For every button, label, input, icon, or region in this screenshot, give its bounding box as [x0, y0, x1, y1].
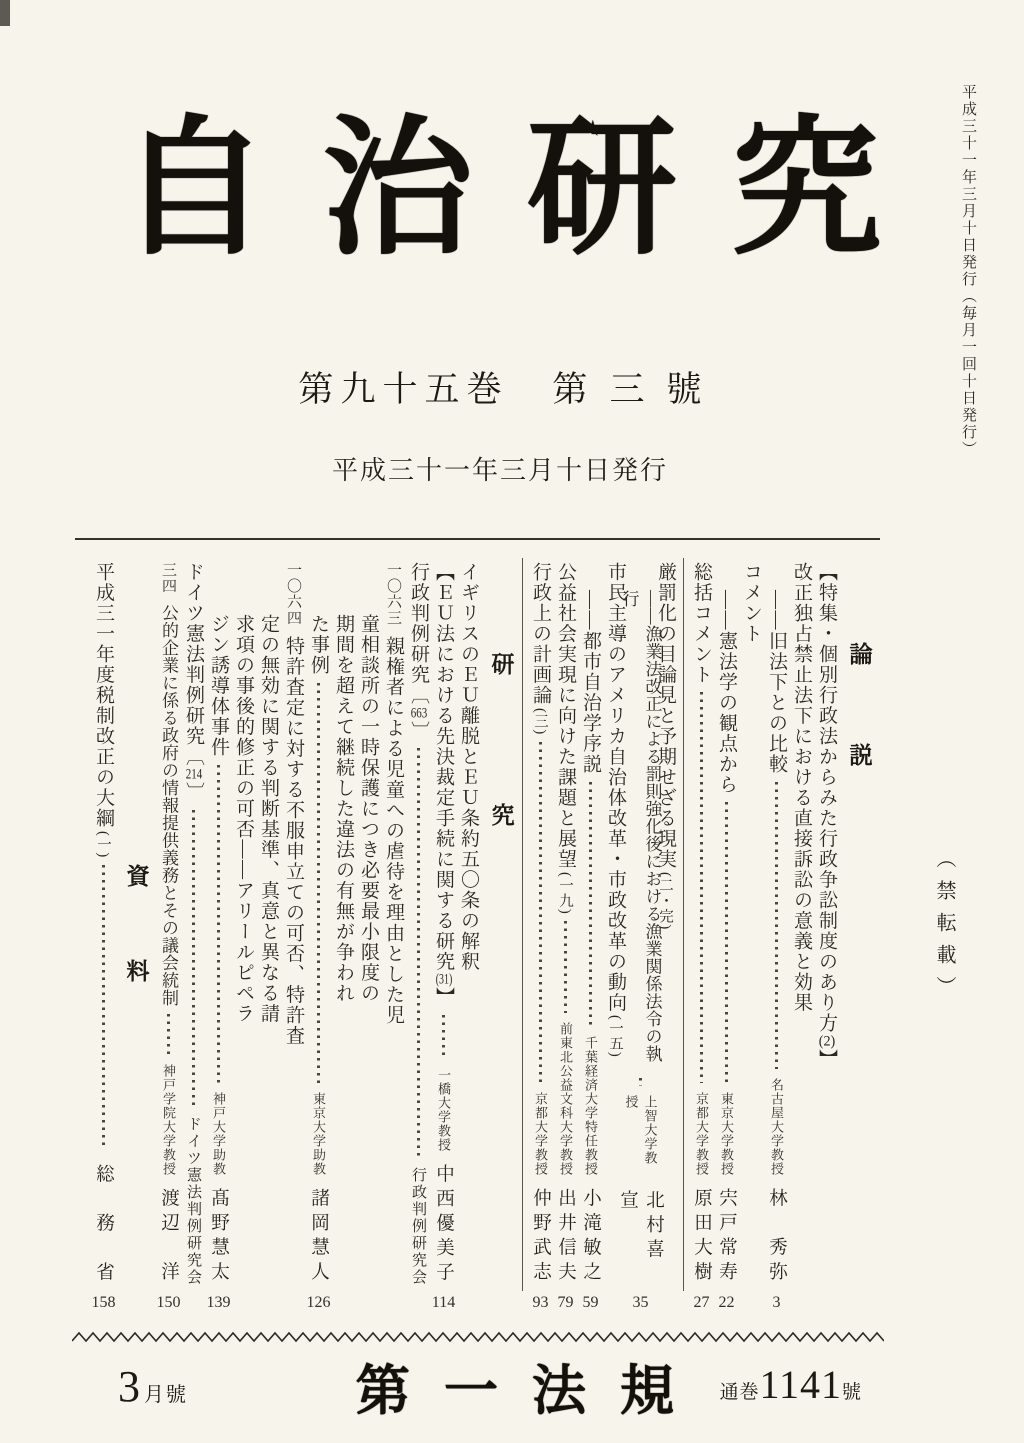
- entry-title-text: 【特集・個別行政法からみた行政争訟制度のあり方: [815, 562, 838, 1034]
- author-name: 小滝敏之: [578, 1188, 604, 1286]
- toc-col-general-comment-harada: 総括コメント京都大学教授原田大樹27: [690, 552, 713, 1316]
- volume-label: 第九十五巻: [298, 362, 508, 412]
- author-affiliation: 京都大学教授: [692, 1092, 711, 1176]
- toc-col-comment-shishido: ——憲法学の観点から東京大学教授宍戸常寿22: [715, 552, 738, 1316]
- research-group-name: ドイツ憲法判例研究会: [183, 1116, 204, 1286]
- research-group-name: 行政判例研究会: [408, 1167, 429, 1286]
- page-number: 150: [157, 1294, 181, 1316]
- author-affiliation: 神戸学院大学教授: [159, 1064, 178, 1176]
- toc-col-zeisei-taiko-somusho: 平成三一年度税制改正の大綱(一)総 務 省158: [92, 552, 115, 1316]
- toc-col-case-1063-line3: 期間を超えて継続した違法の有無が争われ: [332, 552, 355, 1316]
- entry-title-text: 公的企業に係る政府の情報提供義務とその議会統制: [157, 604, 180, 1007]
- page-number: 27: [694, 1294, 710, 1316]
- entry-title-text: 親権者による児童への虐待を理由とした児: [382, 636, 405, 1026]
- inline-number: (31): [435, 972, 452, 987]
- toc-top-rule: [75, 538, 880, 540]
- entry-title-text: 童相談所の一時保護につき必要最小限度の: [357, 614, 380, 1004]
- entry-title-note: (一九): [555, 872, 576, 915]
- masthead: 自治研究: [0, 112, 1000, 270]
- toc-col-comment-label: コメント: [740, 552, 763, 1316]
- dotted-leader: [700, 692, 703, 1083]
- dotted-leader: [417, 748, 420, 1156]
- issue-label: 第三號: [553, 362, 724, 412]
- section-heading-label: 資料: [120, 864, 153, 1054]
- page-number: 79: [558, 1294, 574, 1316]
- magazine-title: 自治研究: [119, 112, 935, 270]
- entry-title-text: 特許査定に対する不服申立ての可否、特許査: [282, 636, 305, 1046]
- page-number: 158: [92, 1294, 116, 1316]
- entry-title-text: 市民主導のアメリカ自治体改革・市政改革の動向: [604, 562, 627, 1013]
- entry-title-text: 〕: [407, 721, 430, 742]
- edge-colophon-text: 平成三十一年三月十日発行（毎月一回十日発行）: [958, 84, 979, 504]
- volume-issue-line: 第九十五巻 第三號: [0, 362, 1000, 412]
- entry-title-text: 求項の事後的修正の可否——アリールピペラ: [232, 614, 255, 1024]
- page-number: 59: [583, 1294, 599, 1316]
- publisher-logo: 第一法規: [20, 1348, 1024, 1425]
- toc-col-case-1064-line2: 定の無効に関する判断基準、真意と異なる請: [257, 552, 280, 1316]
- toc-col-genbatsuka-subtitle-kitamura: ——漁業法改正による罰則強化後における漁業関係法令の執行上智大学教授北村喜宣35: [629, 552, 652, 1316]
- entry-title-text: 総括コメント: [690, 562, 713, 685]
- magazine-cover-page: 自治研究 第九十五巻 第三號 平成三十一年三月十日発行 平成三十一年三月十日発行…: [0, 0, 1024, 1443]
- scan-corner-artifact: [0, 0, 10, 26]
- author-name: 北村喜宣: [615, 1190, 667, 1286]
- case-number: 一〇六三: [383, 562, 404, 626]
- author-name: 出井信夫: [553, 1188, 579, 1286]
- inline-number: (2): [818, 1034, 835, 1049]
- inline-number: 214: [185, 767, 202, 782]
- toc-col-case-1064-line1: 一〇六四特許査定に対する不服申立ての可否、特許査: [282, 552, 305, 1316]
- author-affiliation: 前東北公益文科大学教授: [556, 1022, 575, 1176]
- toc-col-feature-article-title: 改正独占禁止法下における直接訴訟の意義と効果: [790, 552, 813, 1316]
- serial-number: 1141: [759, 1362, 842, 1407]
- entry-title-text: ——憲法学の観点から: [715, 590, 738, 795]
- entry-title-text: 行政上の計画論: [529, 562, 552, 706]
- ronsetsu-kenkyu-divider: [522, 558, 523, 1291]
- entry-title-text: イギリスのＥＵ離脱とＥＵ条約五〇条の解釈: [457, 562, 480, 972]
- publication-date: 平成三十一年三月十日発行: [0, 450, 1000, 487]
- entry-title-text: 】: [432, 987, 455, 1008]
- no-reproduction-notice: （禁転載）: [930, 848, 959, 1048]
- author-affiliation: 上智大学教授: [622, 1095, 660, 1178]
- entry-title-text: 期間を超えて継続した違法の有無が争われ: [332, 614, 355, 1004]
- case-number: 三四: [158, 562, 179, 594]
- author-name: 渡辺 洋: [156, 1188, 182, 1286]
- feature-block-divider: [683, 558, 684, 1291]
- toc-col-case-1063-line4-morooka: た事例東京大学助教諸岡慧人126: [307, 552, 330, 1316]
- entry-title-text: 〕: [182, 782, 205, 803]
- dotted-leader: [539, 742, 542, 1083]
- author-affiliation: 一橋大学教授: [434, 1068, 453, 1152]
- author-name: 林 秀弥: [764, 1188, 790, 1286]
- toc-col-case-34-watanabe: 三四公的企業に係る政府の情報提供義務とその議会統制神戸学院大学教授渡辺 洋150: [157, 552, 180, 1316]
- toc-col-gyosei-hanrei-663: 行政判例研究〔663〕行政判例研究会: [407, 552, 430, 1316]
- entry-title-text: 行政判例研究〔: [407, 562, 430, 706]
- page-number: 22: [719, 1294, 735, 1316]
- entry-title-text: 改正独占禁止法下における直接訴訟の意義と効果: [790, 562, 813, 1013]
- page-number: 35: [633, 1294, 649, 1316]
- section-heading-label: 研究: [485, 652, 518, 954]
- dotted-leader: [102, 865, 105, 1145]
- author-name: 中西優美子: [431, 1164, 457, 1287]
- author-name: 総 務 省: [91, 1164, 117, 1287]
- toc-col-shimin-shudo-subtitle-kotaki: ——都市自治学序説千葉経済大学特任教授小滝敏之59: [579, 552, 602, 1316]
- toc-col-case-1064-line3: 求項の事後的修正の可否——アリールピペラ: [232, 552, 255, 1316]
- inline-number: 663: [410, 706, 427, 721]
- dotted-leader: [167, 1014, 170, 1056]
- entry-title-text: 】: [815, 1049, 838, 1070]
- entry-title-note: (三): [530, 708, 551, 735]
- entry-title-text: 平成三一年度税制改正の大綱: [92, 562, 115, 829]
- toc-col-case-1063-line1: 一〇六三親権者による児童への虐待を理由とした児: [382, 552, 405, 1316]
- toc-col-feature-heading: 【特集・個別行政法からみた行政争訟制度のあり方(2)】: [815, 552, 838, 1316]
- publisher-strip: 3 月號 第一法規 通巻1141號: [0, 1346, 1024, 1430]
- serial-prefix: 通巻: [719, 1382, 759, 1403]
- serial-suffix: 號: [842, 1382, 862, 1403]
- entry-title-text: ——都市自治学序説: [579, 590, 602, 775]
- page-number: 114: [432, 1294, 455, 1316]
- author-name: 諸岡慧人: [306, 1188, 332, 1286]
- zigzag-divider: [72, 1330, 884, 1344]
- entry-title-note: (一五): [605, 1015, 626, 1058]
- dotted-leader: [442, 1015, 445, 1059]
- author-affiliation: 東京大学助教: [309, 1092, 328, 1176]
- toc-col-gyoseijo-keikakuron-nakano: 行政上の計画論(三)京都大学教授仲野武志93: [529, 552, 552, 1316]
- entry-title-text: ——旧法下との比較: [765, 590, 788, 775]
- toc-col-section-ronsetsu: 論説: [844, 552, 874, 1316]
- entry-title-text: ジン誘導体事件: [207, 614, 230, 758]
- entry-title-text: 公益社会実現に向けた課題と展望: [554, 562, 577, 870]
- entry-title-text: た事例: [307, 614, 330, 676]
- dotted-leader: [725, 802, 728, 1083]
- entry-title-text: 【ＥＵ法における先決裁定手続に関する研究: [432, 562, 455, 972]
- serial-number-label: 通巻1141號: [719, 1361, 862, 1408]
- entry-title-note: (一): [93, 831, 114, 858]
- author-affiliation: 東京大学教授: [717, 1092, 736, 1176]
- author-affiliation: 千葉経済大学特任教授: [581, 1036, 600, 1176]
- table-of-contents: 論説【特集・個別行政法からみた行政争訟制度のあり方(2)】改正独占禁止法下におけ…: [64, 552, 880, 1316]
- dotted-leader: [589, 782, 592, 1028]
- author-name: 原田大樹: [689, 1188, 715, 1286]
- toc-col-section-kenkyu: 研究: [486, 552, 516, 1316]
- dotted-leader: [217, 765, 220, 1084]
- author-name: 宍戸常寿: [714, 1188, 740, 1286]
- entry-title-text: コメント: [740, 562, 763, 644]
- page-number: 126: [307, 1294, 331, 1316]
- toc-col-case-1063-line2: 童相談所の一時保護につき必要最小限度の: [357, 552, 380, 1316]
- toc-col-feature-article-subtitle-hayashi: ——旧法下との比較名古屋大学教授林 秀弥3: [765, 552, 788, 1316]
- dotted-leader: [564, 921, 567, 1013]
- author-affiliation: 名古屋大学教授: [767, 1078, 786, 1176]
- section-heading-label: 論説: [843, 642, 876, 844]
- toc-col-eu-title: イギリスのＥＵ離脱とＥＵ条約五〇条の解釈: [457, 552, 480, 1316]
- toc-col-koeki-shakai-idei: 公益社会実現に向けた課題と展望(一九)前東北公益文科大学教授出井信夫79: [554, 552, 577, 1316]
- author-affiliation: 神戸大学助教: [209, 1092, 228, 1176]
- toc-col-section-shiryo: 資料: [121, 552, 151, 1316]
- dotted-leader: [639, 1078, 642, 1086]
- page-number: 3: [773, 1294, 781, 1316]
- page-number: 93: [533, 1294, 549, 1316]
- case-number: 一〇六四: [283, 562, 304, 626]
- dotted-leader: [317, 683, 320, 1084]
- entry-title-text: ドイツ憲法判例研究〔: [182, 562, 205, 767]
- toc-col-eu-subtitle-nakanishi: 【ＥＵ法における先決裁定手続に関する研究(31)】一橋大学教授中西優美子114: [432, 552, 455, 1316]
- entry-title-text: 定の無効に関する判断基準、真意と異なる請: [257, 614, 280, 1024]
- author-name: 仲野武志: [528, 1188, 554, 1286]
- author-name: 髙野慧太: [206, 1188, 232, 1286]
- toc-col-doitsu-kenpo-214: ドイツ憲法判例研究〔214〕ドイツ憲法判例研究会: [182, 552, 205, 1316]
- page-number: 139: [207, 1294, 231, 1316]
- dotted-leader: [192, 810, 195, 1106]
- dotted-leader: [775, 782, 778, 1070]
- author-affiliation: 京都大学教授: [531, 1092, 550, 1176]
- toc-col-case-1064-line4-takano: ジン誘導体事件神戸大学助教髙野慧太139: [207, 552, 230, 1316]
